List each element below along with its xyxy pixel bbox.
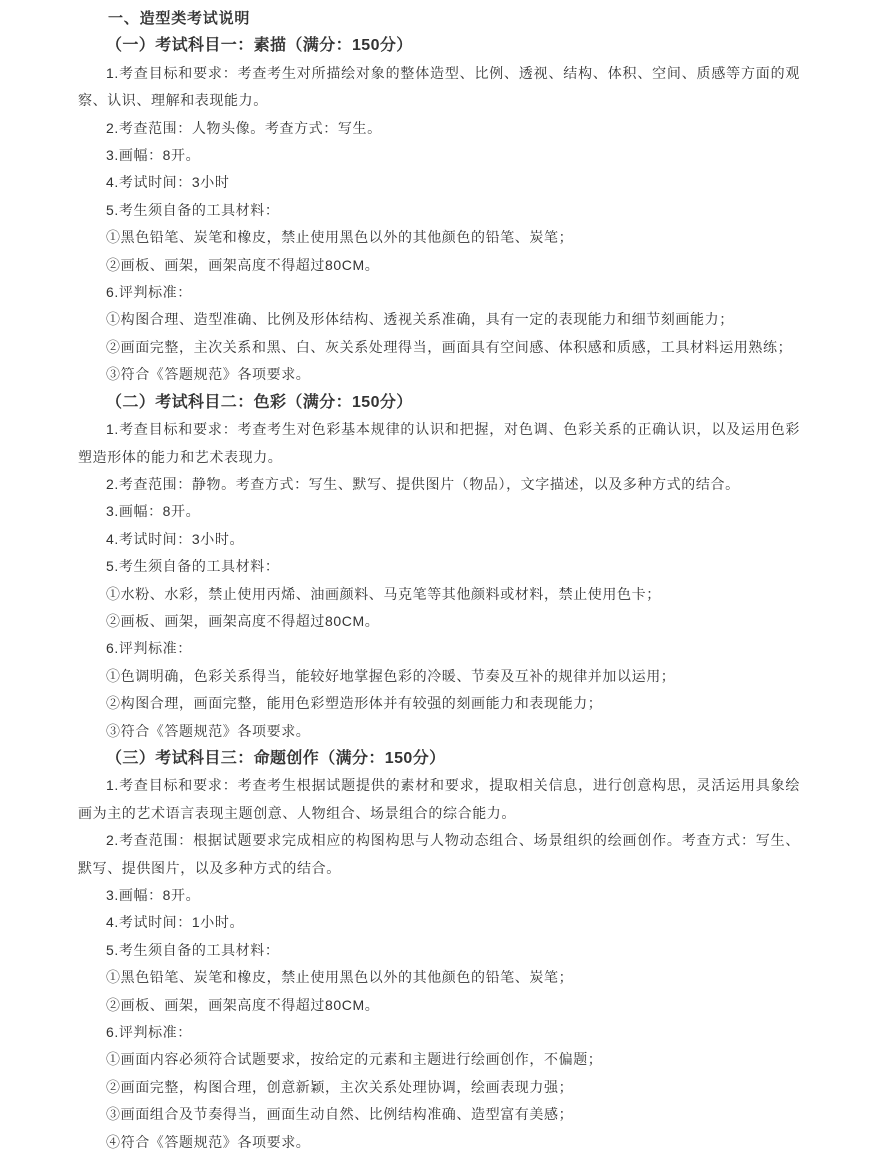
paragraph: ②画板、画架，画架高度不得超过80CM。 xyxy=(78,252,800,279)
paragraph: ①构图合理、造型准确、比例及形体结构、透视关系准确，具有一定的表现能力和细节刻画… xyxy=(78,306,800,333)
paragraph: 2.考查范围：根据试题要求完成相应的构图构思与人物动态组合、场景组织的绘画创作。… xyxy=(78,827,800,882)
paragraph: ①画面内容必须符合试题要求，按给定的元素和主题进行绘画创作，不偏题； xyxy=(78,1046,800,1073)
subject-heading: （一）考试科目一：素描（满分：150分） xyxy=(78,32,800,59)
paragraph: 3.画幅：8开。 xyxy=(78,142,800,169)
document-page: 一、造型类考试说明（一）考试科目一：素描（满分：150分）1.考查目标和要求：考… xyxy=(0,0,877,1176)
paragraph: 4.考试时间：1小时。 xyxy=(78,909,800,936)
paragraph: ①黑色铅笔、炭笔和橡皮，禁止使用黑色以外的其他颜色的铅笔、炭笔； xyxy=(78,224,800,251)
paragraph: ③符合《答题规范》各项要求。 xyxy=(78,361,800,388)
paragraph: 5.考生须自备的工具材料： xyxy=(78,937,800,964)
paragraph: 2.考查范围：静物。考查方式：写生、默写、提供图片（物品），文字描述，以及多种方… xyxy=(78,471,800,498)
paragraph: ①色调明确，色彩关系得当，能较好地掌握色彩的冷暖、节奏及互补的规律并加以运用； xyxy=(78,663,800,690)
paragraph: 4.考试时间：3小时 xyxy=(78,169,800,196)
paragraph: ①水粉、水彩，禁止使用丙烯、油画颜料、马克笔等其他颜料或材料，禁止使用色卡； xyxy=(78,581,800,608)
section-title: 一、造型类考试说明 xyxy=(78,5,800,32)
paragraph: ②画面完整，构图合理，创意新颖，主次关系处理协调，绘画表现力强； xyxy=(78,1074,800,1101)
paragraph: 3.画幅：8开。 xyxy=(78,498,800,525)
paragraph: 1.考查目标和要求：考查考生对色彩基本规律的认识和把握，对色调、色彩关系的正确认… xyxy=(78,416,800,471)
paragraph: 5.考生须自备的工具材料： xyxy=(78,197,800,224)
subject-heading: （三）考试科目三：命题创作（满分：150分） xyxy=(78,745,800,772)
paragraph: ②构图合理，画面完整，能用色彩塑造形体并有较强的刻画能力和表现能力； xyxy=(78,690,800,717)
paragraph: 1.考查目标和要求：考查考生根据试题提供的素材和要求，提取相关信息，进行创意构思… xyxy=(78,772,800,827)
paragraph: ④符合《答题规范》各项要求。 xyxy=(78,1129,800,1156)
paragraph: 6.评判标准： xyxy=(78,279,800,306)
paragraph: 5.考生须自备的工具材料： xyxy=(78,553,800,580)
paragraph: ②画板、画架，画架高度不得超过80CM。 xyxy=(78,608,800,635)
subject-heading: （二）考试科目二：色彩（满分：150分） xyxy=(78,389,800,416)
paragraph: 6.评判标准： xyxy=(78,635,800,662)
paragraph: 1.考查目标和要求：考查考生对所描绘对象的整体造型、比例、透视、结构、体积、空间… xyxy=(78,60,800,115)
paragraph: 3.画幅：8开。 xyxy=(78,882,800,909)
paragraph: ③画面组合及节奏得当，画面生动自然、比例结构准确、造型富有美感； xyxy=(78,1101,800,1128)
paragraph: ③符合《答题规范》各项要求。 xyxy=(78,718,800,745)
paragraph: ②画面完整，主次关系和黑、白、灰关系处理得当，画面具有空间感、体积感和质感，工具… xyxy=(78,334,800,361)
paragraph: 4.考试时间：3小时。 xyxy=(78,526,800,553)
paragraph: 6.评判标准： xyxy=(78,1019,800,1046)
paragraph: ①黑色铅笔、炭笔和橡皮，禁止使用黑色以外的其他颜色的铅笔、炭笔； xyxy=(78,964,800,991)
document-body: 一、造型类考试说明（一）考试科目一：素描（满分：150分）1.考查目标和要求：考… xyxy=(78,5,800,1156)
paragraph: 2.考查范围：人物头像。考查方式：写生。 xyxy=(78,115,800,142)
paragraph: ②画板、画架，画架高度不得超过80CM。 xyxy=(78,992,800,1019)
